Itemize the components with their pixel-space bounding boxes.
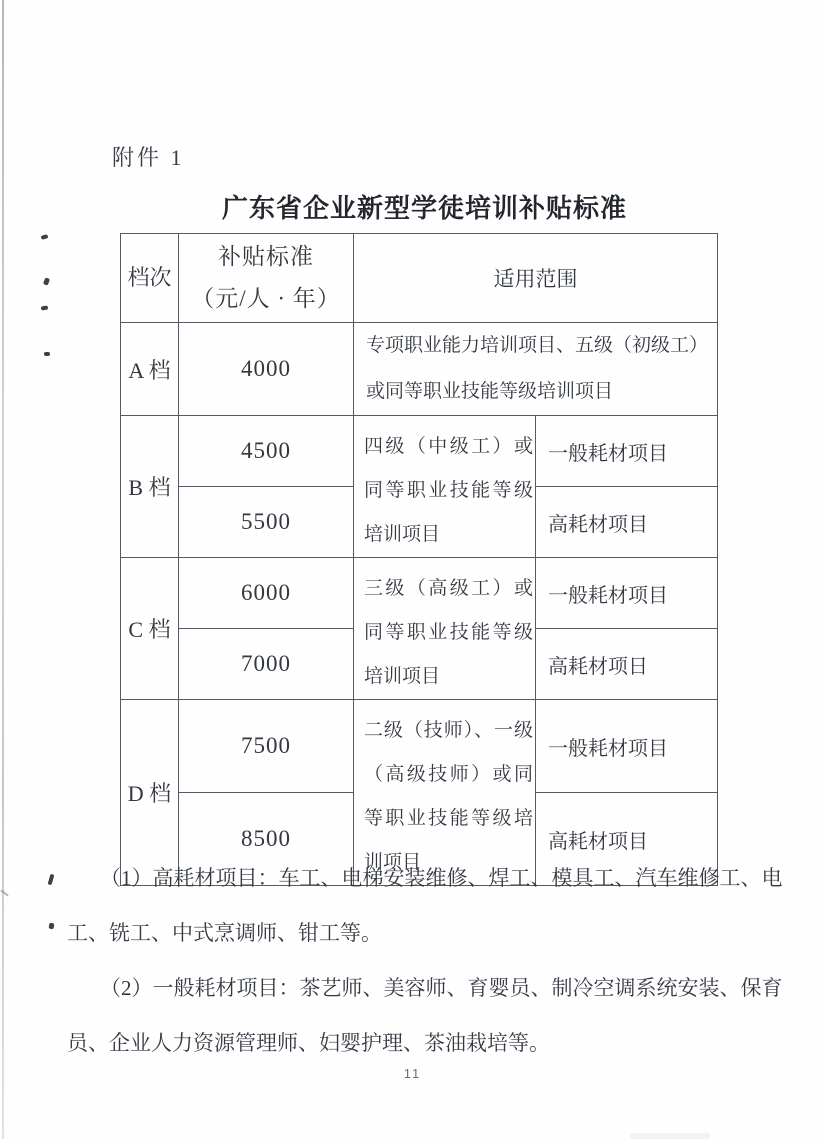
scanned-document-page: 附件 1 广东省企业新型学徒培训补贴标准 档次 补贴标准 （元/人 · 年） 适… — [0, 0, 825, 1139]
footnote-high-consumable: （1）高耗材项目：车工、电梯安装维修、焊工、模具工、汽车维修工、电工、铣工、中式… — [67, 851, 793, 961]
table-row-grade-d-low: D 档 7500 二级（技师）、一级（高级技师）或同等职业技能等级培训项目 一般… — [121, 700, 718, 793]
subsidy-standards-table: 档次 补贴标准 （元/人 · 年） 适用范围 A 档 4000 专项职业能力培训… — [120, 233, 718, 886]
grade-a-cell: A 档 — [121, 323, 179, 416]
footnotes: （1）高耗材项目：车工、电梯安装维修、焊工、模具工、汽车维修工、电工、铣工、中式… — [67, 851, 793, 1071]
grade-c-cell: C 档 — [121, 558, 179, 700]
scan-smudge — [630, 1133, 710, 1139]
header-subsidy-line2: （元/人 · 年） — [180, 278, 352, 320]
category-b-high-cell: 高耗材项目 — [536, 487, 718, 558]
table-row-grade-b-low: B 档 4500 四级（中级工）或同等职业技能等级培训项目 一般耗材项目 — [121, 416, 718, 487]
table-row-grade-a: A 档 4000 专项职业能力培训项目、五级（初级工）或同等职业技能等级培训项目 — [121, 323, 718, 416]
page-title: 广东省企业新型学徒培训补贴标准 — [0, 188, 825, 225]
table-header-row: 档次 补贴标准 （元/人 · 年） 适用范围 — [121, 234, 718, 323]
table-row-grade-c-low: C 档 6000 三级（高级工）或同等职业技能等级培训项目 一般耗材项目 — [121, 558, 718, 629]
scope-b-cell: 四级（中级工）或同等职业技能等级培训项目 — [354, 416, 536, 558]
subsidy-c-low-cell: 6000 — [179, 558, 354, 629]
footnote-general-consumable: （2）一般耗材项目：茶艺师、美容师、育婴员、制冷空调系统安装、保育员、企业人力资… — [67, 961, 793, 1071]
category-b-low-cell: 一般耗材项目 — [536, 416, 718, 487]
scope-c-cell: 三级（高级工）或同等职业技能等级培训项目 — [354, 558, 536, 700]
subsidy-c-high-cell: 7000 — [179, 629, 354, 700]
grade-b-cell: B 档 — [121, 416, 179, 558]
subsidy-a-cell: 4000 — [179, 323, 354, 416]
page-number: 11 — [0, 1066, 825, 1081]
scan-speck — [41, 234, 49, 240]
category-d-low-cell: 一般耗材项目 — [536, 700, 718, 793]
scan-speck — [49, 923, 55, 930]
subsidy-b-low-cell: 4500 — [179, 416, 354, 487]
scan-speck — [48, 874, 55, 886]
scan-speck — [41, 305, 49, 310]
scan-speck — [44, 352, 50, 356]
category-c-high-cell: 高耗材项日 — [536, 629, 718, 700]
header-scope: 适用范围 — [354, 234, 718, 323]
subsidy-d-low-cell: 7500 — [179, 700, 354, 793]
scope-a-cell: 专项职业能力培训项目、五级（初级工）或同等职业技能等级培训项目 — [354, 323, 718, 416]
scan-edge-line — [2, 0, 4, 1139]
attachment-label: 附件 1 — [112, 141, 185, 172]
scan-speck — [43, 277, 50, 285]
category-c-low-cell: 一般耗材项目 — [536, 558, 718, 629]
subsidy-b-high-cell: 5500 — [179, 487, 354, 558]
header-grade: 档次 — [121, 234, 179, 323]
header-subsidy: 补贴标准 （元/人 · 年） — [179, 234, 354, 323]
header-subsidy-line1: 补贴标准 — [180, 236, 352, 278]
